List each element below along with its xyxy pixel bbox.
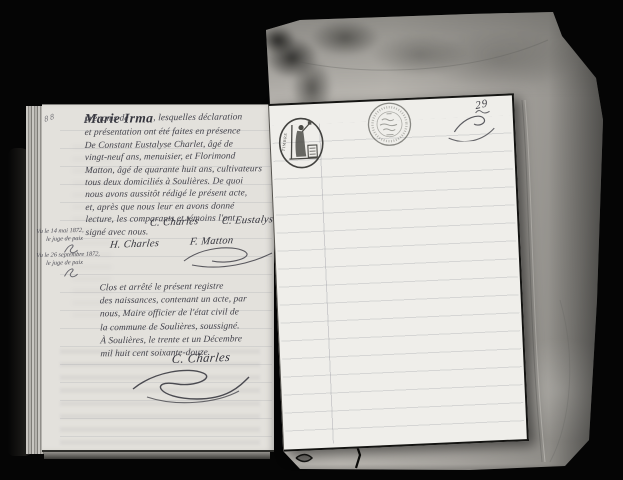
scanned-register-photo: 88 prénoms de Marie Irma, lesquelles déc…	[0, 0, 623, 480]
left-register-page: 88 prénoms de Marie Irma, lesquelles déc…	[42, 104, 274, 452]
closing-text: Clos et arrêté le présent registre des n…	[99, 280, 290, 362]
act-line-post: , lesquelles déclaration	[153, 111, 242, 124]
round-stamp	[366, 101, 413, 148]
folio-flourish	[445, 106, 506, 143]
signature-c-eustalyse: C. Eustalyse	[221, 214, 279, 227]
margin-note-role: le juge de paix	[36, 233, 122, 243]
figure-stamp: TIMBRE	[277, 116, 326, 171]
paraph-mark	[61, 266, 80, 278]
signature-c-charles: C. Charles	[149, 216, 199, 229]
figure-stamp-label: TIMBRE	[281, 132, 288, 151]
act-line-pre: prénoms de	[84, 113, 129, 126]
bottom-page-edges	[44, 452, 270, 459]
signature-flourish	[182, 245, 278, 269]
corner-mark: 88	[44, 111, 57, 124]
closing-signature: C. Charles	[171, 350, 231, 367]
right-register-page: TIMBRE 29	[268, 93, 529, 451]
closing-paraph-flourish	[127, 367, 257, 405]
margin-note-2: Vu le 26 septembre 1872, le juge de paix	[35, 250, 122, 279]
margin-note-role: le juge de paix	[36, 257, 122, 267]
